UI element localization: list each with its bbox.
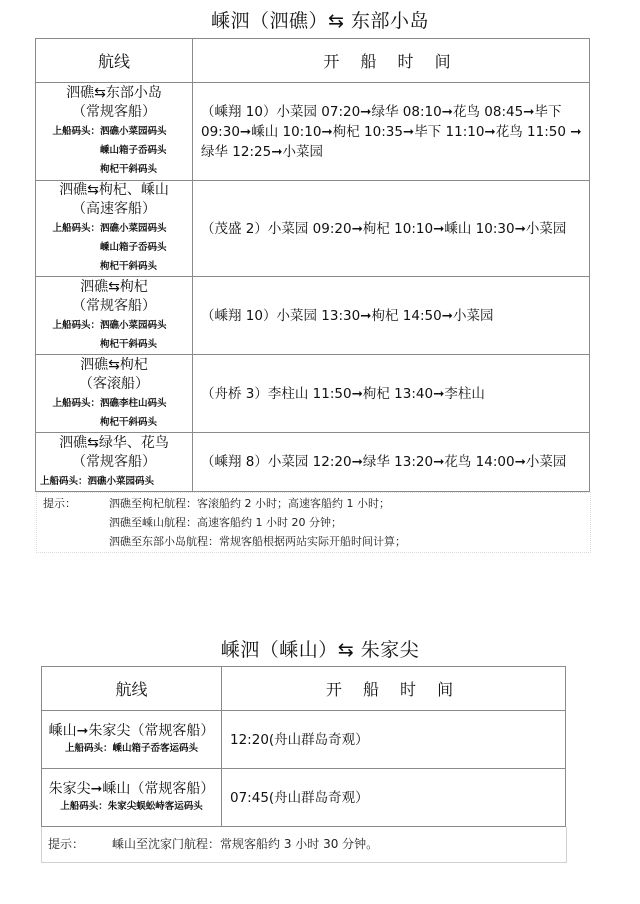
ship-type: （高速客船） <box>36 200 192 219</box>
pier: 嵊山箱子岙码头 <box>100 242 167 253</box>
schedule-cell: 12:20(舟山群岛奇观） <box>222 711 566 769</box>
header-departure-time: 开 船 时 间 <box>193 39 590 83</box>
route-name: 泗礁⇆枸杞 <box>36 356 192 375</box>
route-cell: 泗礁⇆枸杞 （常规客船） 上船码头：泗礁小菜园码头 枸杞干斜码头 <box>36 277 193 355</box>
route-name: 嵊山➞朱家尖（常规客船） <box>42 722 221 740</box>
pier-list: 上船码头：泗礁李柱山码头 枸杞干斜码头 <box>36 394 192 432</box>
pier: 泗礁小菜园码头 <box>88 476 155 487</box>
header-departure-time: 开 船 时 间 <box>222 667 566 711</box>
route-cell: 泗礁⇆东部小岛 （常规客船） 上船码头：泗礁小菜园码头 嵊山箱子岙码头 枸杞干斜… <box>36 83 193 181</box>
pier: 枸杞干斜码头 <box>100 261 157 272</box>
table-row: 泗礁⇆枸杞、嵊山 （高速客船） 上船码头：泗礁小菜园码头 嵊山箱子岙码头 枸杞干… <box>36 181 590 277</box>
schedule-cell: （嵊翔 10）小菜园 07:20➞绿华 08:10➞花鸟 08:45➞毕下 09… <box>193 83 590 181</box>
pier: 枸杞干斜码头 <box>100 339 157 350</box>
tip-line: 泗礁至东部小岛航程：常规客船根据两站实际开船时间计算； <box>109 532 406 551</box>
pier-label: 上船码头： <box>36 219 100 238</box>
pier: 嵊山箱子岙码头 <box>100 145 167 156</box>
route-name: 泗礁⇆枸杞 <box>36 278 192 297</box>
pier-label: 上船码头： <box>40 476 88 487</box>
table-header-row: 航线 开 船 时 间 <box>42 667 566 711</box>
route-name: 泗礁⇆枸杞、嵊山 <box>36 181 192 200</box>
pier: 泗礁小菜园码头 <box>100 223 167 234</box>
route-cell: 嵊山➞朱家尖（常规客船） 上船码头：嵊山箱子岙客运码头 <box>42 711 222 769</box>
route-cell: 泗礁⇆枸杞 （客滚船） 上船码头：泗礁李柱山码头 枸杞干斜码头 <box>36 355 193 433</box>
pier: 泗礁小菜园码头 <box>100 320 167 331</box>
pier-info: 上船码头：嵊山箱子岙客运码头 <box>42 740 221 758</box>
pier-list: 上船码头：泗礁小菜园码头 嵊山箱子岙码头 枸杞干斜码头 <box>36 122 192 179</box>
pier-label: 上船码头： <box>36 394 100 413</box>
header-route: 航线 <box>36 39 193 83</box>
pier: 泗礁小菜园码头 <box>100 126 167 137</box>
tips-box-1: 提示： 泗礁至枸杞航程：客滚船约 2 小时；高速客船约 1 小时； 泗礁至嵊山航… <box>36 492 591 553</box>
section1-title: 嵊泗（泗礁）⇆ 东部小岛 <box>0 6 640 33</box>
pier-label: 上船码头： <box>36 122 100 141</box>
table-header-row: 航线 开 船 时 间 <box>36 39 590 83</box>
table-row: 泗礁⇆枸杞 （客滚船） 上船码头：泗礁李柱山码头 枸杞干斜码头 （舟桥 3）李柱… <box>36 355 590 433</box>
tips-label: 提示： <box>37 494 109 513</box>
schedule-cell: 07:45(舟山群岛奇观） <box>222 769 566 827</box>
header-route: 航线 <box>42 667 222 711</box>
section2-title: 嵊泗（嵊山）⇆ 朱家尖 <box>0 635 640 662</box>
schedule-cell: （舟桥 3）李柱山 11:50➞枸杞 13:40➞李柱山 <box>193 355 590 433</box>
route-cell: 朱家尖➞嵊山（常规客船） 上船码头：朱家尖蜈蚣峙客运码头 <box>42 769 222 827</box>
schedule-cell: （茂盛 2）小菜园 09:20➞枸杞 10:10➞嵊山 10:30➞小菜园 <box>193 181 590 277</box>
schedule-table-1: 航线 开 船 时 间 泗礁⇆东部小岛 （常规客船） 上船码头：泗礁小菜园码头 嵊… <box>35 38 590 492</box>
pier: 枸杞干斜码头 <box>100 164 157 175</box>
ship-type: （客滚船） <box>36 375 192 394</box>
table-row: 泗礁⇆东部小岛 （常规客船） 上船码头：泗礁小菜园码头 嵊山箱子岙码头 枸杞干斜… <box>36 83 590 181</box>
table-row: 泗礁⇆枸杞 （常规客船） 上船码头：泗礁小菜园码头 枸杞干斜码头 （嵊翔 10）… <box>36 277 590 355</box>
pier-list: 上船码头：泗礁小菜园码头 枸杞干斜码头 <box>36 316 192 354</box>
route-name: 泗礁⇆东部小岛 <box>36 84 192 103</box>
tips-label: 提示： <box>42 827 112 862</box>
schedule-cell: （嵊翔 10）小菜园 13:30➞枸杞 14:50➞小菜园 <box>193 277 590 355</box>
pier-list: 上船码头：泗礁小菜园码头 <box>36 472 192 491</box>
ship-type: （常规客船） <box>36 453 192 472</box>
table-row: 嵊山➞朱家尖（常规客船） 上船码头：嵊山箱子岙客运码头 12:20(舟山群岛奇观… <box>42 711 566 769</box>
pier-label: 上船码头： <box>36 316 100 335</box>
ship-type: （常规客船） <box>36 297 192 316</box>
route-cell: 泗礁⇆绿华、花鸟 （常规客船） 上船码头：泗礁小菜园码头 <box>36 433 193 492</box>
pier-info: 上船码头：朱家尖蜈蚣峙客运码头 <box>42 798 221 816</box>
schedule-cell: （嵊翔 8）小菜园 12:20➞绿华 13:20➞花鸟 14:00➞小菜园 <box>193 433 590 492</box>
schedule-table-2: 航线 开 船 时 间 嵊山➞朱家尖（常规客船） 上船码头：嵊山箱子岙客运码头 1… <box>41 666 566 827</box>
pier: 泗礁李柱山码头 <box>100 398 167 409</box>
tip-line: 嵊山至沈家门航程：常规客船约 3 小时 30 分钟。 <box>112 827 378 862</box>
tips-box-2: 提示： 嵊山至沈家门航程：常规客船约 3 小时 30 分钟。 <box>41 827 567 863</box>
tip-line: 泗礁至嵊山航程：高速客船约 1 小时 20 分钟； <box>109 513 342 532</box>
route-name: 朱家尖➞嵊山（常规客船） <box>42 780 221 798</box>
table-row: 泗礁⇆绿华、花鸟 （常规客船） 上船码头：泗礁小菜园码头 （嵊翔 8）小菜园 1… <box>36 433 590 492</box>
table-row: 朱家尖➞嵊山（常规客船） 上船码头：朱家尖蜈蚣峙客运码头 07:45(舟山群岛奇… <box>42 769 566 827</box>
route-cell: 泗礁⇆枸杞、嵊山 （高速客船） 上船码头：泗礁小菜园码头 嵊山箱子岙码头 枸杞干… <box>36 181 193 277</box>
route-name: 泗礁⇆绿华、花鸟 <box>36 434 192 453</box>
tip-line: 泗礁至枸杞航程：客滚船约 2 小时；高速客船约 1 小时； <box>109 494 390 513</box>
pier-list: 上船码头：泗礁小菜园码头 嵊山箱子岙码头 枸杞干斜码头 <box>36 219 192 276</box>
ship-type: （常规客船） <box>36 103 192 122</box>
pier: 枸杞干斜码头 <box>100 417 157 428</box>
